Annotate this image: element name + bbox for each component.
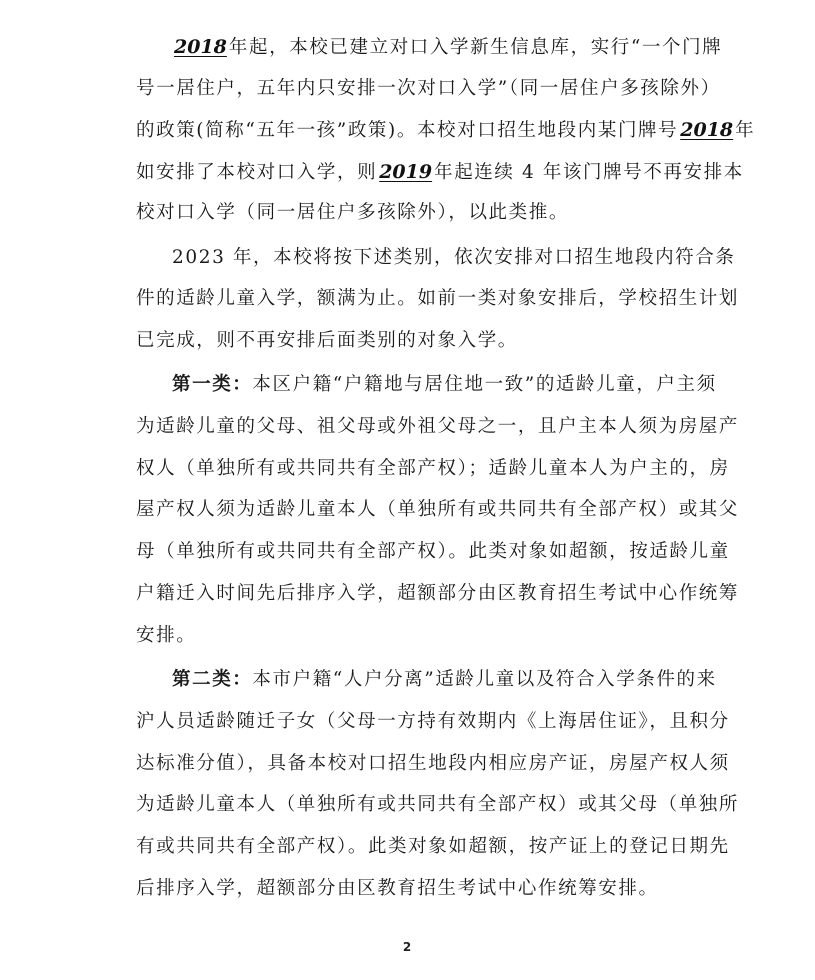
text-line: 有或共同共有全部产权）。此类对象如超额，按产证上的登记日期先 — [136, 832, 666, 862]
category-heading: 第一类： — [172, 374, 252, 395]
text-line: 屋产权人须为适龄儿童本人（单独所有或共同共有全部产权）或其父 — [136, 495, 666, 525]
category-heading: 第二类： — [172, 669, 252, 690]
text-line: 如安排了本校对口入学，则2019年起连续 4 年该门牌号不再安排本 — [136, 157, 666, 187]
text-line: 的政策(简称“五年一孩”政策)。本校对口招生地段内某门牌号2018年 — [136, 115, 666, 145]
handwritten-year: 2019 — [377, 161, 434, 183]
text-line: 达标准分值），具备本校对口招生地段内相应房产证，房屋产权人须 — [136, 749, 666, 779]
text-line: 为适龄儿童的父母、祖父母或外祖父母之一，且户主本人须为房屋产 — [136, 412, 666, 442]
text-line: 沪人员适龄随迁子女（父母一方持有效期内《上海居住证》，且积分 — [136, 707, 666, 737]
text-line: 第一类：本区户籍“户籍地与居住地一致”的适龄儿童，户主须 — [172, 370, 666, 400]
text-line: 2018年起，本校已建立对口入学新生信息库，实行“一个门牌 — [172, 32, 666, 62]
text-line: 号一居住户，五年内只安排一次对口入学”（同一居住户多孩除外） — [136, 74, 666, 104]
text-line: 户籍迁入时间先后排序入学，超额部分由区教育招生考试中心作统筹 — [136, 579, 666, 609]
text-line: 第二类：本市户籍“人户分离”适龄儿童以及符合入学条件的来 — [172, 665, 666, 695]
document-page: 2018年起，本校已建立对口入学新生信息库，实行“一个门牌 号一居住户，五年内只… — [0, 0, 815, 980]
text-line: 已完成，则不再安排后面类别的对象入学。 — [136, 326, 666, 356]
text-line: 校对口入学（同一居住户多孩除外），以此类推。 — [136, 198, 666, 228]
handwritten-year: 2018 — [172, 36, 229, 58]
handwritten-year: 2018 — [678, 119, 735, 141]
text-line: 2023 年，本校将按下述类别，依次安排对口招生地段内符合条 — [172, 243, 666, 273]
text-line: 权人（单独所有或共同共有全部产权）；适龄儿童本人为户主的，房 — [136, 454, 666, 484]
text-line: 后排序入学，超额部分由区教育招生考试中心作统筹安排。 — [136, 874, 666, 904]
text-line: 母（单独所有或共同共有全部产权）。此类对象如超额，按适龄儿童 — [136, 537, 666, 567]
text-line: 为适龄儿童本人（单独所有或共同共有全部产权）或其父母（单独所 — [136, 790, 666, 820]
page-number: 2 — [397, 940, 417, 954]
text-line: 件的适龄儿童入学，额满为止。如前一类对象安排后，学校招生计划 — [136, 284, 666, 314]
text-line: 安排。 — [136, 621, 666, 651]
